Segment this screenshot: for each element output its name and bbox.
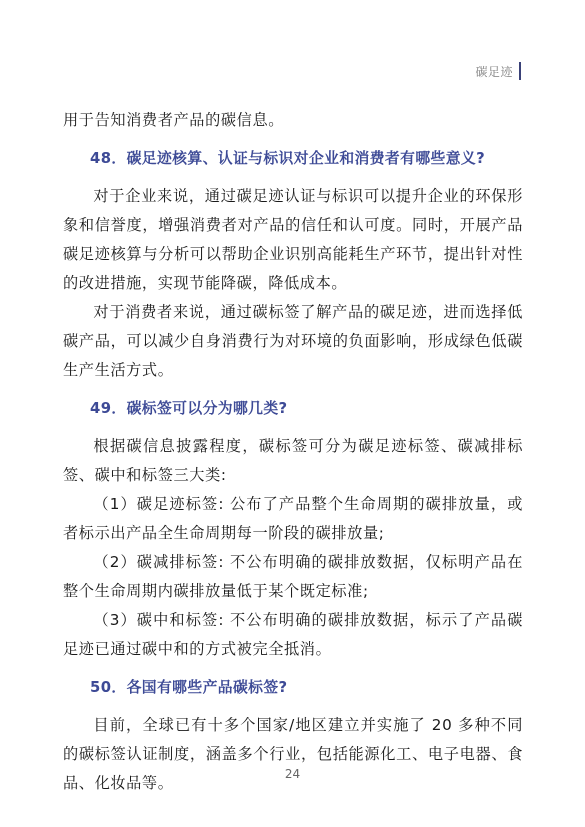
question-49-heading: 49．碳标签可以分为哪几类? [63,394,523,423]
question-48-heading: 48．碳足迹核算、认证与标识对企业和消费者有哪些意义? [63,144,523,173]
header-divider-bar [519,62,521,80]
q48-paragraph-1: 对于企业来说，通过碳足迹认证与标识可以提升企业的环保形象和信誉度，增强消费者对产… [63,182,523,298]
q50-paragraph-1: 目前，全球已有十多个国家/地区建立并实施了 20 多种不同的碳标签认证制度，涵盖… [63,711,523,798]
q48-paragraph-2: 对于消费者来说，通过碳标签了解产品的碳足迹，进而选择低碳产品，可以减少自身消费行… [63,298,523,385]
q49-item-3: （3）碳中和标签: 不公布明确的碳排放数据，标示了产品碳足迹已通过碳中和的方式被… [63,606,523,664]
section-title: 碳足迹 [475,63,513,80]
running-header: 碳足迹 [475,62,521,80]
question-50-heading: 50．各国有哪些产品碳标签? [63,673,523,702]
q49-paragraph-1: 根据碳信息披露程度，碳标签可分为碳足迹标签、碳减排标签、碳中和标签三大类: [63,432,523,490]
q49-item-1: （1）碳足迹标签: 公布了产品整个生命周期的碳排放量，或者标示出产品全生命周期每… [63,490,523,548]
page-content: 用于告知消费者产品的碳信息。 48．碳足迹核算、认证与标识对企业和消费者有哪些意… [63,106,523,798]
continuation-paragraph: 用于告知消费者产品的碳信息。 [63,106,523,135]
q49-item-2: （2）碳减排标签: 不公布明确的碳排放数据，仅标明产品在整个生命周期内碳排放量低… [63,548,523,606]
page-number: 24 [0,767,585,781]
